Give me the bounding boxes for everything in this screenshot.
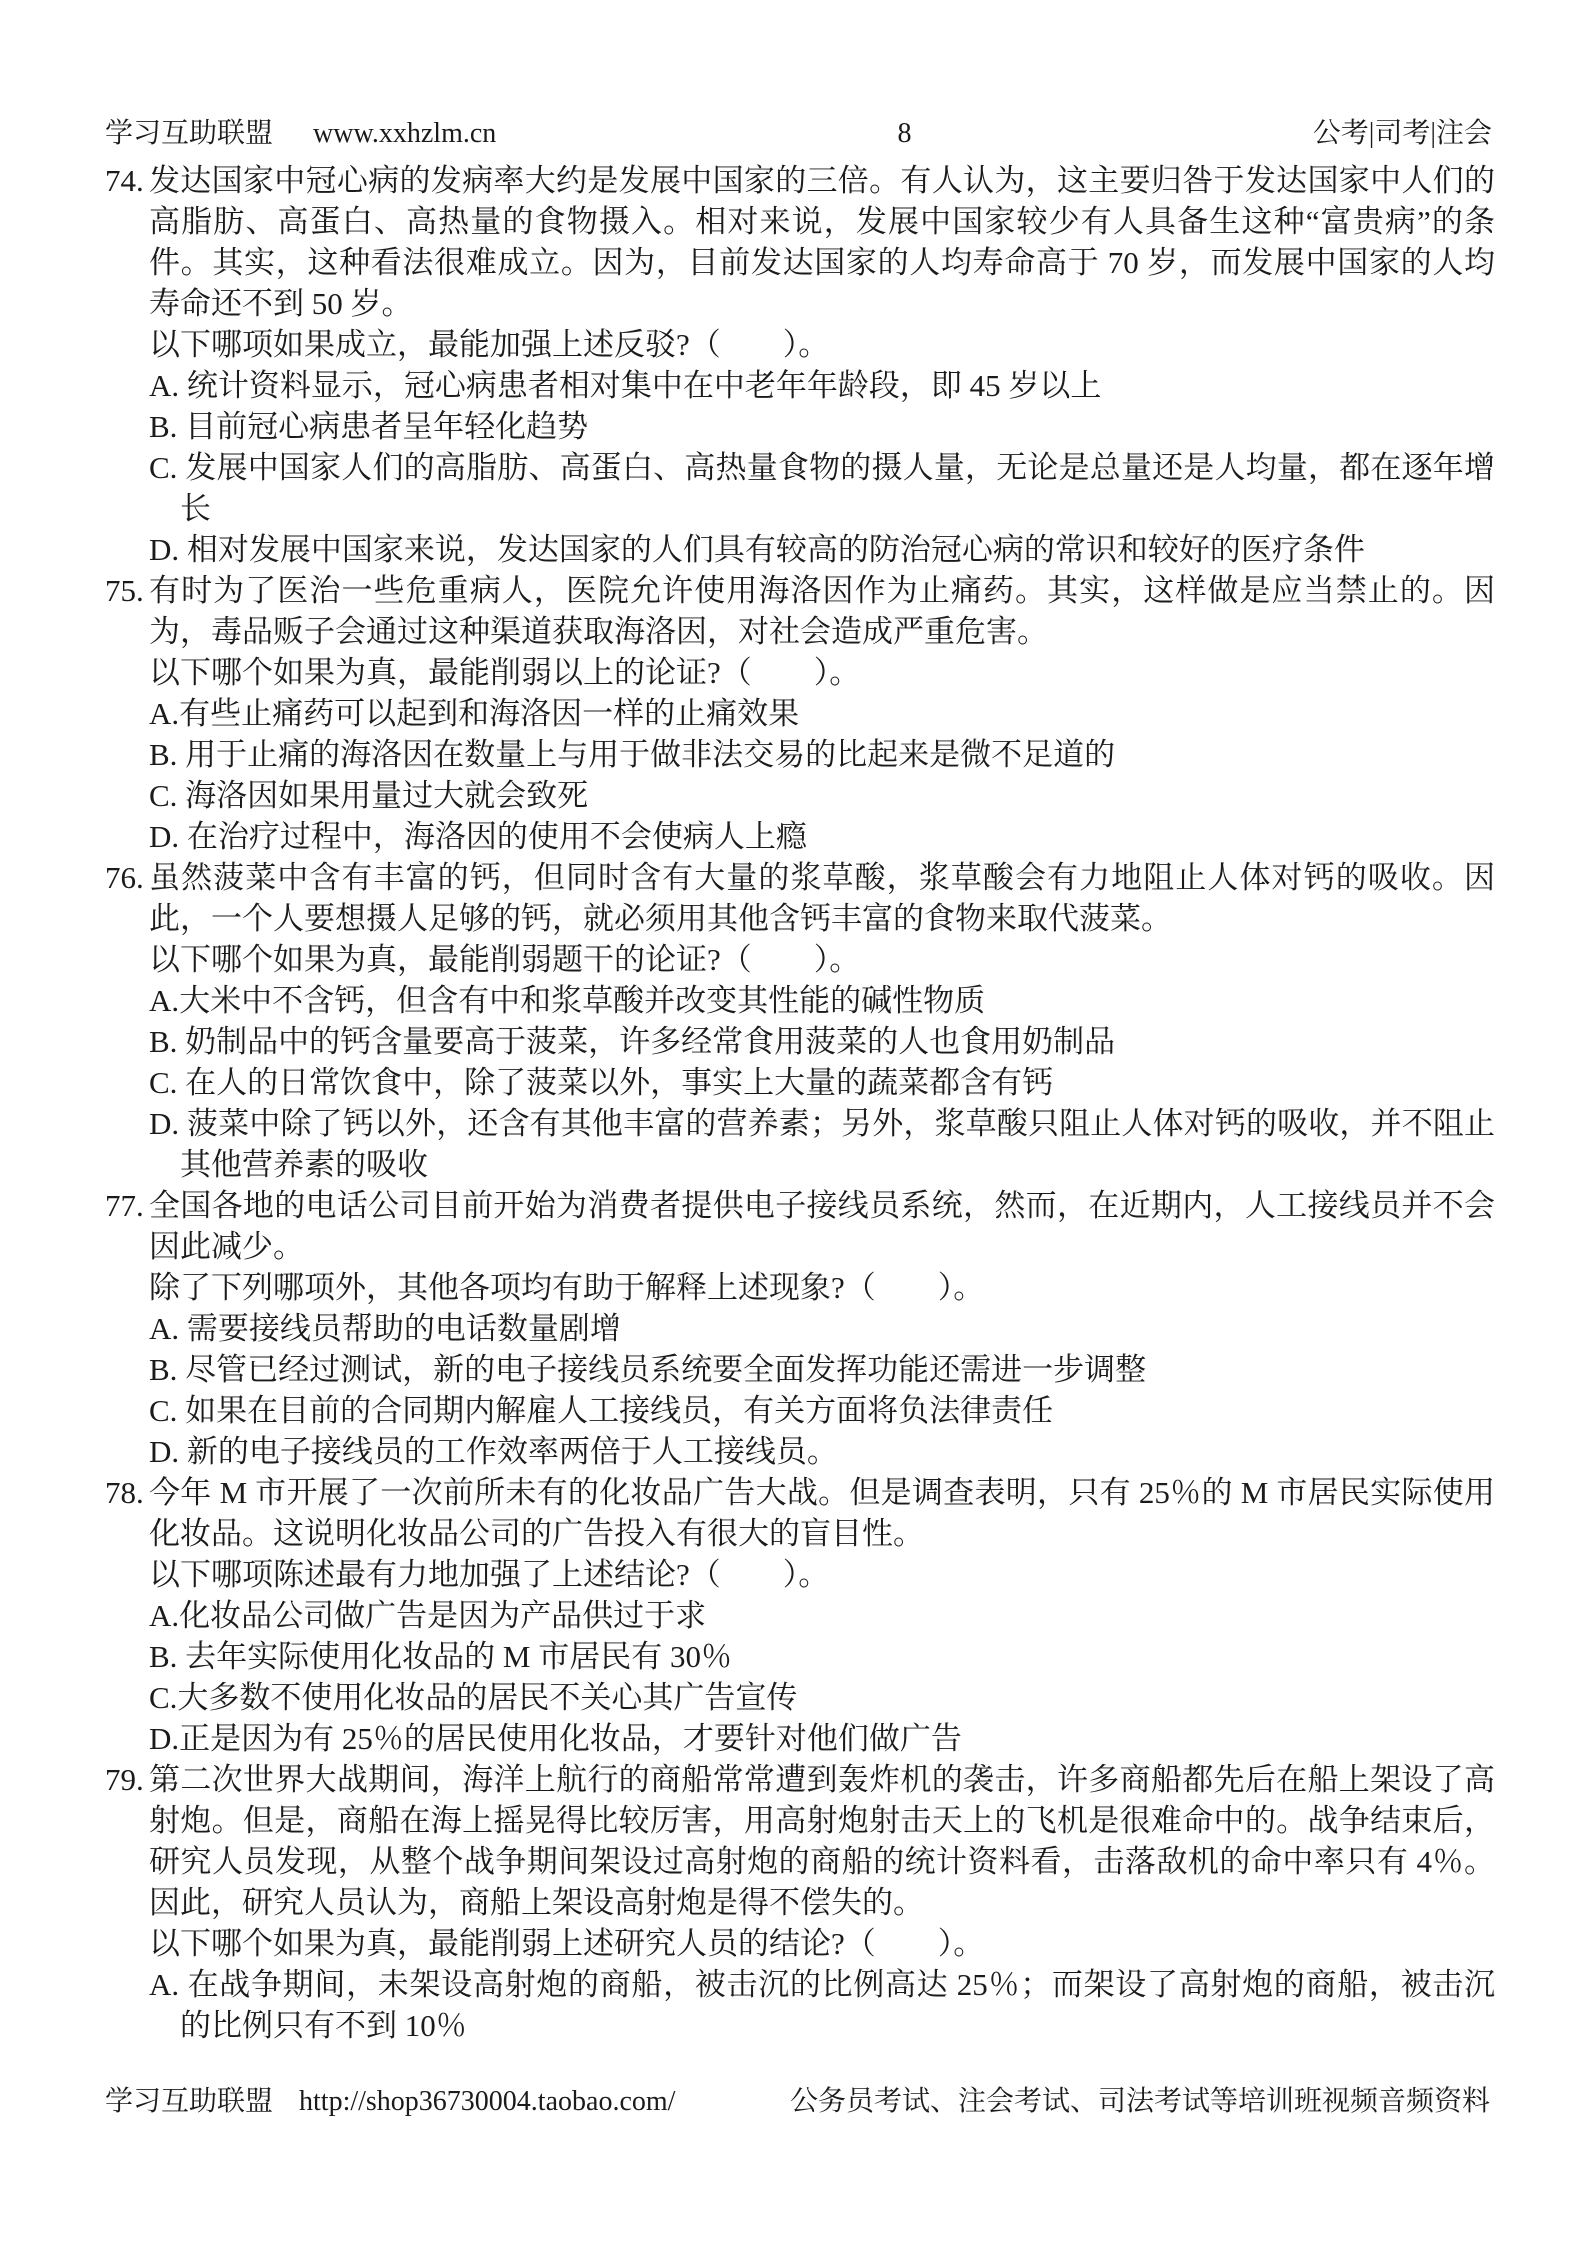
option-c: C. 海洛因如果用量过大就会致死 bbox=[149, 775, 1495, 816]
question-stem: 有时为了医治一些危重病人，医院允许使用海洛因作为止痛药。其实，这样做是应当禁止的… bbox=[149, 570, 1495, 652]
question-stem: 第二次世界大战期间，海洋上航行的商船常常遭到轰炸机的袭击，许多商船都先后在船上架… bbox=[149, 1759, 1495, 1923]
page-number: 8 bbox=[496, 118, 1313, 150]
option-b: B. 奶制品中的钙含量要高于菠菜，许多经常食用菠菜的人也食用奶制品 bbox=[149, 1021, 1495, 1062]
document-page: 学习互助联盟 www.xxhzlm.cn 8 公考|司考|注会 74.发达国家中… bbox=[0, 0, 1594, 2250]
header-site-label: 学习互助联盟 bbox=[105, 118, 273, 150]
question-number: 75. bbox=[105, 570, 144, 611]
footer-left: 学习互助联盟 http://shop36730004.taobao.com/ bbox=[105, 2086, 675, 2118]
question-76: 76.虽然菠菜中含有丰富的钙，但同时含有大量的浆草酸，浆草酸会有力地阻止人体对钙… bbox=[105, 857, 1495, 1185]
option-a: A. 需要接线员帮助的电话数量剧增 bbox=[149, 1308, 1495, 1349]
question-78: 78.今年 M 市开展了一次前所未有的化妆品广告大战。但是调查表明，只有 25％… bbox=[105, 1472, 1495, 1759]
option-a: A.大米中不含钙，但含有中和浆草酸并改变其性能的碱性物质 bbox=[149, 980, 1495, 1021]
option-c: C. 发展中国家人们的高脂肪、高蛋白、高热量食物的摄人量，无论是总量还是人均量，… bbox=[149, 447, 1495, 529]
option-b: B. 目前冠心病患者呈年轻化趋势 bbox=[149, 406, 1495, 447]
header-left: 学习互助联盟 www.xxhzlm.cn bbox=[105, 118, 496, 150]
question-prompt: 除了下列哪项外，其他各项均有助于解释上述现象?（ ）。 bbox=[149, 1267, 1495, 1308]
footer-site-label: 学习互助联盟 bbox=[105, 2086, 273, 2118]
option-b: B. 尽管已经过测试，新的电子接线员系统要全面发挥功能还需进一步调整 bbox=[149, 1349, 1495, 1390]
question-stem: 虽然菠菜中含有丰富的钙，但同时含有大量的浆草酸，浆草酸会有力地阻止人体对钙的吸收… bbox=[149, 857, 1495, 939]
question-prompt: 以下哪个如果为真，最能削弱题干的论证?（ ）。 bbox=[149, 939, 1495, 980]
question-list: 74.发达国家中冠心病的发病率大约是发展中国家的三倍。有人认为，这主要归咎于发达… bbox=[105, 160, 1495, 2046]
option-d: D. 菠菜中除了钙以外，还含有其他丰富的营养素；另外，浆草酸只阻止人体对钙的吸收… bbox=[149, 1103, 1495, 1185]
header-category-label: 公考|司考|注会 bbox=[1313, 118, 1492, 150]
option-d: D. 新的电子接线员的工作效率两倍于人工接线员。 bbox=[149, 1431, 1495, 1472]
question-number: 77. bbox=[105, 1185, 144, 1226]
question-75: 75.有时为了医治一些危重病人，医院允许使用海洛因作为止痛药。其实，这样做是应当… bbox=[105, 570, 1495, 857]
option-a: A.化妆品公司做广告是因为产品供过于求 bbox=[149, 1595, 1495, 1636]
option-b: B. 用于止痛的海洛因在数量上与用于做非法交易的比起来是微不足道的 bbox=[149, 734, 1495, 775]
question-number: 74. bbox=[105, 160, 144, 201]
option-c: C. 在人的日常饮食中，除了菠菜以外，事实上大量的蔬菜都含有钙 bbox=[149, 1062, 1495, 1103]
question-prompt: 以下哪项如果成立，最能加强上述反驳?（ ）。 bbox=[149, 324, 1495, 365]
question-prompt: 以下哪个如果为真，最能削弱以上的论证?（ ）。 bbox=[149, 652, 1495, 693]
option-d: D. 相对发展中国家来说，发达国家的人们具有较高的防治冠心病的常识和较好的医疗条… bbox=[149, 529, 1495, 570]
option-a: A. 统计资料显示，冠心病患者相对集中在中老年年龄段，即 45 岁以上 bbox=[149, 365, 1495, 406]
page-header: 学习互助联盟 www.xxhzlm.cn 8 公考|司考|注会 bbox=[105, 118, 1492, 150]
footer-info: 公务员考试、注会考试、司法考试等培训班视频音频资料 bbox=[790, 2086, 1490, 2118]
option-d: D. 在治疗过程中，海洛因的使用不会使病人上瘾 bbox=[149, 816, 1495, 857]
question-number: 76. bbox=[105, 857, 144, 898]
question-prompt: 以下哪个如果为真，最能削弱上述研究人员的结论?（ ）。 bbox=[149, 1923, 1495, 1964]
option-d: D.正是因为有 25％的居民使用化妆品，才要针对他们做广告 bbox=[149, 1718, 1495, 1759]
question-prompt: 以下哪项陈述最有力地加强了上述结论?（ ）。 bbox=[149, 1554, 1495, 1595]
question-74: 74.发达国家中冠心病的发病率大约是发展中国家的三倍。有人认为，这主要归咎于发达… bbox=[105, 160, 1495, 570]
option-c: C. 如果在目前的合同期内解雇人工接线员，有关方面将负法律责任 bbox=[149, 1390, 1495, 1431]
question-77: 77.全国各地的电话公司目前开始为消费者提供电子接线员系统，然而，在近期内，人工… bbox=[105, 1185, 1495, 1472]
question-stem: 今年 M 市开展了一次前所未有的化妆品广告大战。但是调查表明，只有 25％的 M… bbox=[149, 1472, 1495, 1554]
header-url: www.xxhzlm.cn bbox=[313, 118, 496, 150]
option-c: C.大多数不使用化妆品的居民不关心其广告宣传 bbox=[149, 1677, 1495, 1718]
question-stem: 发达国家中冠心病的发病率大约是发展中国家的三倍。有人认为，这主要归咎于发达国家中… bbox=[149, 160, 1495, 324]
question-79: 79.第二次世界大战期间，海洋上航行的商船常常遭到轰炸机的袭击，许多商船都先后在… bbox=[105, 1759, 1495, 2046]
question-number: 78. bbox=[105, 1472, 144, 1513]
page-footer: 学习互助联盟 http://shop36730004.taobao.com/ 公… bbox=[105, 2086, 1490, 2118]
question-stem: 全国各地的电话公司目前开始为消费者提供电子接线员系统，然而，在近期内，人工接线员… bbox=[149, 1185, 1495, 1267]
option-b: B. 去年实际使用化妆品的 M 市居民有 30％ bbox=[149, 1636, 1495, 1677]
footer-url: http://shop36730004.taobao.com/ bbox=[299, 2086, 675, 2118]
option-a: A.有些止痛药可以起到和海洛因一样的止痛效果 bbox=[149, 693, 1495, 734]
option-a: A. 在战争期间，未架设高射炮的商船，被击沉的比例高达 25％；而架设了高射炮的… bbox=[149, 1964, 1495, 2046]
question-number: 79. bbox=[105, 1759, 144, 1800]
